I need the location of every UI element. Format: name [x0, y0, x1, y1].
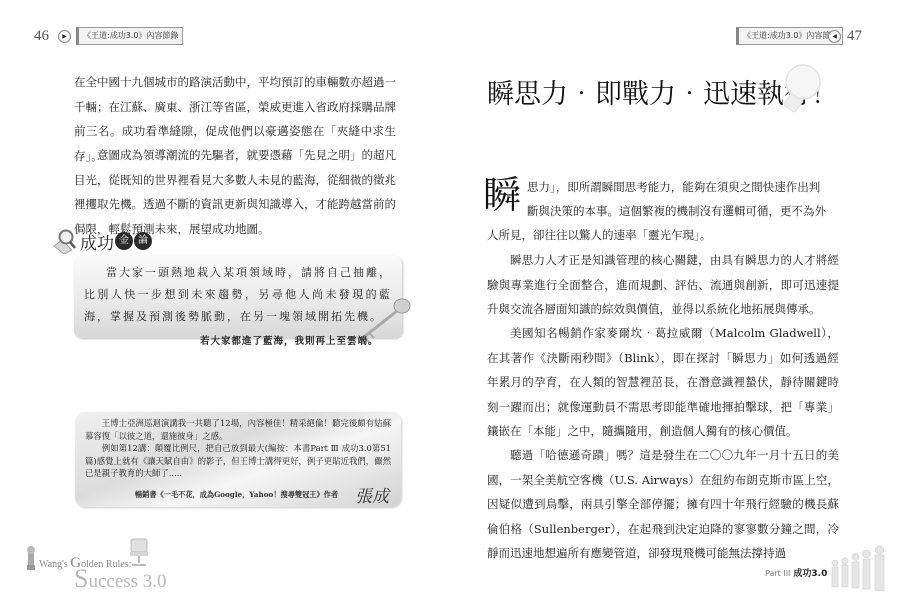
- testimonial-paragraph: 例如第12講：顛覆比例尺，把自己放到最大(編按：本書Part Ⅲ 成功3.0第5…: [85, 442, 391, 480]
- magnifier-book-icon: [52, 228, 78, 254]
- body-paragraph: 聽過「哈德遜奇蹟」嗎？這是發生在二〇〇九年一月十五日的美國，一架全美航空客機（U…: [487, 443, 839, 566]
- intro-line: 思力」，即所謂瞬間思考能力，能夠在須臾之間快速作出判: [487, 175, 839, 200]
- callout-heading: 成功 金 論: [52, 228, 152, 254]
- megaphone-figures-icon: [830, 545, 890, 595]
- callout-heading-text: 成功: [80, 229, 114, 254]
- callout-caption: 若大家都進了藍海，我則再上至雲端。: [200, 333, 379, 347]
- running-header-tag: 《王道:成功3.0》內容節錄: [76, 27, 183, 45]
- callout-body: 當大家一頭熱地栽入某項領域時，請將自己抽離，比別人快一步想到未來趨勢，另尋他人尚…: [84, 262, 392, 328]
- testimonial-attribution: 暢銷書《一毛不花，成為Google，Yahoo！搜尋雙冠王》作者: [135, 490, 338, 500]
- intro-line: 斷與決策的本事。這個繁複的機制沒有邏輯可循，更不為外: [487, 199, 839, 224]
- testimonial-paragraph: 王博士亞洲巡迴演講我一共聽了12場，內容極佳！精采絕倫！聽完後頗有姑蘇慕容復「以…: [85, 417, 391, 442]
- office-chair-icon: [127, 537, 151, 567]
- play-right-icon: ▶: [58, 30, 71, 43]
- page-number: 47: [847, 28, 862, 45]
- body-paragraph: 美國知名暢銷作家麥爾坎‧葛拉威爾（Malcolm Gladwell），在其著作《…: [487, 321, 839, 444]
- left-page: 46 ▶ 《王道:成功3.0》內容節錄 在全中國十九個城市的路演活動中，平均預訂…: [0, 0, 450, 609]
- body-paragraph: 瞬思力人才正是知識管理的核心關鍵，由具有瞬思力的人才將經驗與專業進行全面整合，進…: [487, 248, 839, 322]
- testimonial-box: 王博士亞洲巡迴演講我一共聽了12場，內容極佳！精采絕倫！聽完後頗有姑蘇慕容復「以…: [75, 412, 401, 507]
- right-page: 《王道:成功3.0》內容節錄 ◀ 47 瞬思力‧即戰力‧迅速執行！ 思力」，即所…: [450, 0, 900, 609]
- intro-line: 人所見，卻往往以驚人的速率「靈光乍現」。: [487, 223, 839, 248]
- logo-line-2: Success 3.0: [74, 564, 167, 594]
- signature: 張成: [355, 482, 389, 507]
- lightbulb-icon: [775, 62, 825, 122]
- chess-piece-icon: [24, 545, 38, 571]
- part-label: Part III成功3.0: [765, 566, 827, 579]
- drop-cap-char: 瞬: [483, 175, 521, 215]
- play-left-icon: ◀: [828, 30, 841, 43]
- callout-badge: 金: [115, 232, 133, 250]
- callout-badge: 論: [134, 232, 152, 250]
- page-number: 46: [34, 28, 49, 45]
- body-paragraph: 意圖成為領導潮流的先驅者，就要憑藉「先見之明」的超凡目光，從既知的世界裡看見大多…: [74, 143, 396, 241]
